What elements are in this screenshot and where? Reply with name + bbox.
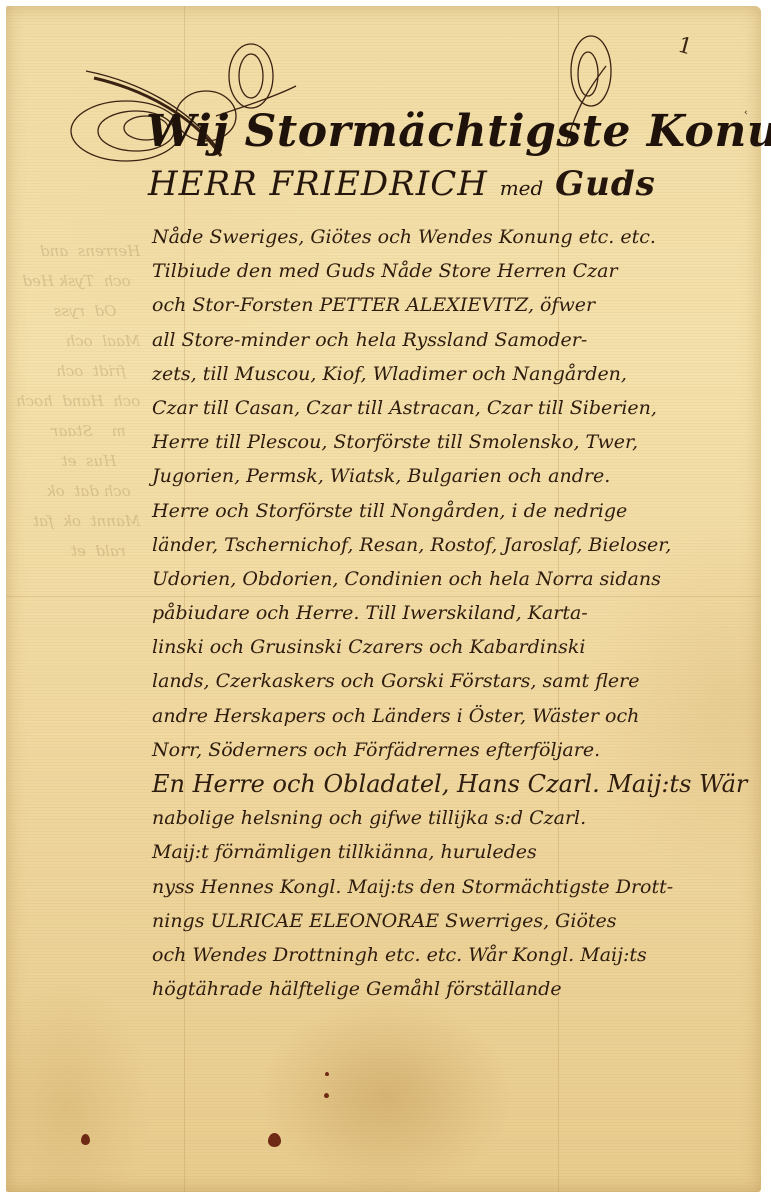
- letter-heading-title: Wij Stormächtigste Konung: [146, 106, 771, 157]
- text-line: högtährade hälftelige Gemåhl förställand…: [152, 972, 771, 1006]
- heading-king: FRIEDRICH: [269, 164, 487, 204]
- text-line: Tilbiude den med Guds Nåde Store Herren …: [152, 254, 771, 288]
- ink-stain: [325, 1072, 329, 1076]
- text-line: och Stor-Forsten PETTER ALEXIEVITZ, öfwe…: [152, 288, 771, 322]
- ink-stain: [81, 1134, 90, 1145]
- text-line: Norr, Söderners och Förfädrernes efterfö…: [152, 733, 771, 767]
- letter-heading-king-name: HERR FRIEDRICH med Guds: [148, 164, 656, 204]
- text-line: Maij:t förnämligen tillkiänna, huruledes: [152, 835, 771, 869]
- text-line: Udorien, Obdorien, Condinien och hela No…: [152, 562, 771, 596]
- page-number: 1: [675, 33, 695, 61]
- text-line: Herre och Storförste till Nongården, i d…: [152, 494, 771, 528]
- heading-med: med: [500, 176, 544, 200]
- text-line: och Wendes Drottningh etc. etc. Wår Kong…: [152, 938, 771, 972]
- ink-bleed-through: Herrens and och Tysk Hed Od ryss Maal oc…: [16, 236, 150, 566]
- text-line: nings ULRICAE ELEONORAE Swerriges, Giöte…: [152, 904, 771, 938]
- letter-body: Nåde Sweriges, Giötes och Wendes Konung …: [152, 220, 771, 1006]
- text-line: Nåde Sweriges, Giötes och Wendes Konung …: [152, 220, 771, 254]
- text-line: En Herre och Obladatel, Hans Czarl. Maij…: [152, 767, 771, 801]
- text-line: påbiudare och Herre. Till Iwerskiland, K…: [152, 596, 771, 630]
- text-line: Czar till Casan, Czar till Astracan, Cza…: [152, 391, 771, 425]
- text-line: länder, Tschernichof, Resan, Rostof, Jar…: [152, 528, 771, 562]
- text-line: nyss Hennes Kongl. Maij:ts den Stormächt…: [152, 870, 771, 904]
- heading-herr: HERR: [148, 164, 258, 204]
- text-line: linski och Grusinski Czarers och Kabardi…: [152, 630, 771, 664]
- margin-mark: ‹: [744, 108, 748, 118]
- heading-guds: Guds: [555, 164, 656, 204]
- text-line: andre Herskapers och Länders i Öster, Wä…: [152, 699, 771, 733]
- text-line: Jugorien, Permsk, Wiatsk, Bulgarien och …: [152, 459, 771, 493]
- ink-stain: [268, 1133, 281, 1147]
- text-line: all Store-minder och hela Ryssland Samod…: [152, 323, 771, 357]
- text-line: Herre till Plescou, Storförste till Smol…: [152, 425, 771, 459]
- ink-stain: [324, 1093, 329, 1098]
- text-line: nabolige helsning och gifwe tillijka s:d…: [152, 801, 771, 835]
- manuscript-page: Herrens and och Tysk Hed Od ryss Maal oc…: [6, 6, 761, 1192]
- text-line: lands, Czerkaskers och Gorski Förstars, …: [152, 664, 771, 698]
- text-line: zets, till Muscou, Kiof, Wladimer och Na…: [152, 357, 771, 391]
